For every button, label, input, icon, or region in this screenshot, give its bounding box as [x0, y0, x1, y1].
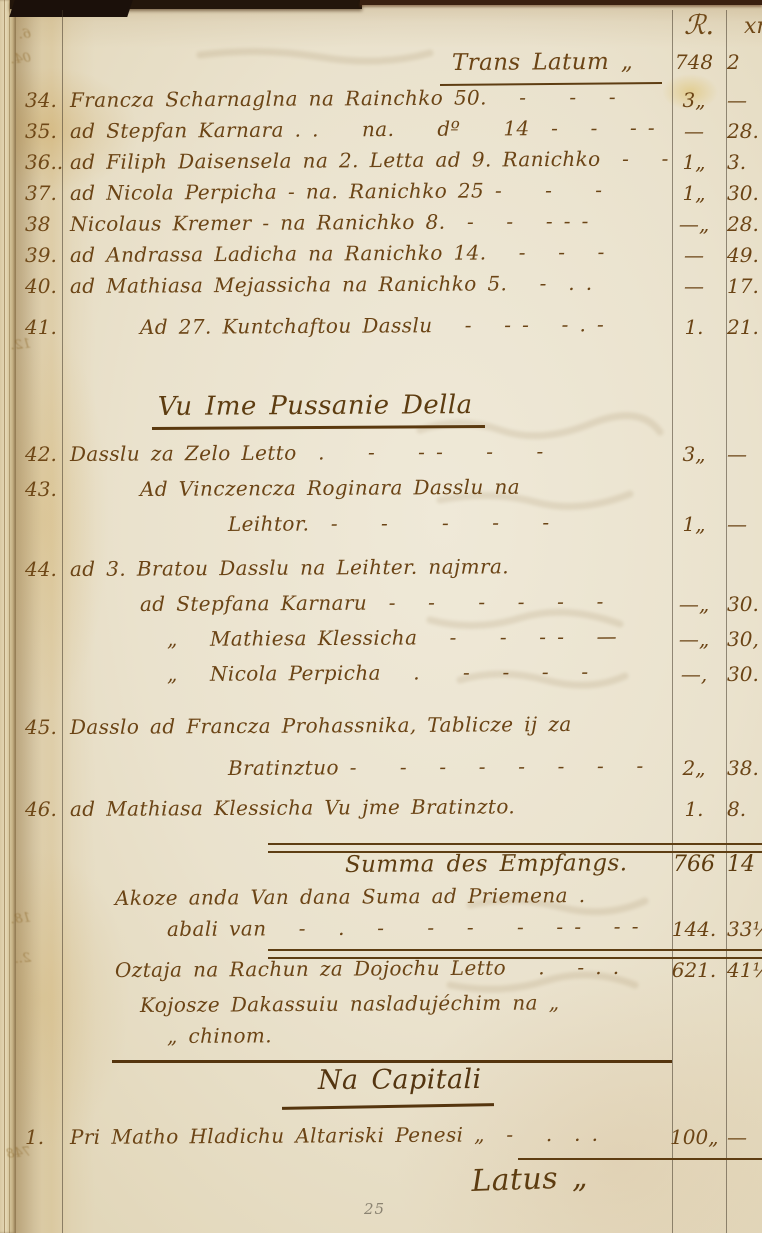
- florin-value: 2„: [670, 756, 718, 780]
- ledger-row: 34.Francza Scharnaglna na Rainchko 50. -…: [0, 88, 762, 119]
- florin-value: —: [670, 243, 718, 267]
- entry-text: Ad Vinczencza Roginara Dasslu na: [140, 475, 520, 501]
- kreuzer-value: 3.: [727, 150, 761, 174]
- entry-text: abali van - . - - - - - - - -: [167, 914, 639, 941]
- entry-number: 37.: [25, 181, 59, 205]
- capital-section-heading: Na Capitali: [0, 1065, 762, 1115]
- ledger-row: ad Stepfana Karnaru - - - - - -—„30.: [0, 592, 762, 623]
- kreuzer-value: 49.: [727, 243, 761, 267]
- entry-text: Na Capitali: [318, 1064, 482, 1096]
- entry-text: Francza Scharnaglna na Rainchko 50. - - …: [70, 85, 616, 112]
- kreuzer-value: —: [727, 1125, 761, 1149]
- kreuzer-value: 30.: [727, 592, 761, 616]
- florin-value: 1.: [670, 797, 718, 821]
- kreuzer-value: 30.: [727, 181, 761, 205]
- ledger-row: 43.Ad Vinczencza Roginara Dasslu na: [0, 477, 762, 508]
- ledger-row: 36..ad Filiph Daisensela na 2. Letta ad …: [0, 150, 762, 181]
- entry-text: Summa des Empfangs.: [345, 850, 628, 878]
- ledger-row: abali van - . - - - - - - - -144.33½: [0, 917, 762, 948]
- florin-value: 144.: [670, 917, 718, 941]
- entry-text: Latus „: [471, 1160, 589, 1199]
- entry-text: ad Filiph Daisensela na 2. Letta ad 9. R…: [70, 146, 669, 174]
- entry-text: „ Mathiesa Klessicha - - - - —: [167, 624, 617, 651]
- entry-text: „ Nicola Perpicha . - - - -: [167, 659, 589, 686]
- entry-number: 1.: [25, 1125, 59, 1149]
- florin-value: 3„: [670, 442, 718, 466]
- entry-text: Pri Matho Hladichu Altariski Penesi „ - …: [70, 1122, 599, 1149]
- kreuzer-value: 30,: [727, 627, 761, 651]
- ledger-row: 42.Dasslu za Zelo Letto . - - - - -3„—: [0, 442, 762, 473]
- florin-value: 621.: [670, 958, 718, 982]
- ledger-entries: Trans Latum „748234.Francza Scharnaglna …: [0, 50, 762, 1216]
- entry-text: ad Nicola Perpicha - na. Ranichko 25 - -…: [70, 178, 603, 205]
- entry-text: ad Mathiasa Klessicha Vu jme Bratinzto.: [70, 794, 515, 821]
- ledger-row: Oztaja na Rachun za Dojochu Letto . - . …: [0, 958, 762, 989]
- florin-value: —: [670, 274, 718, 298]
- ledger-row: 35.ad Stepfan Karnara . . na. dº 14 - - …: [0, 119, 762, 150]
- florin-column-header: ℛ.: [684, 10, 714, 41]
- entry-text: Kojosze Dakassuiu nasladujéchim na „: [140, 990, 560, 1017]
- entry-text: ad Mathiasa Mejassicha na Ranichko 5. - …: [70, 271, 593, 298]
- kreuzer-value: —: [727, 512, 761, 536]
- entry-number: 46.: [25, 797, 59, 821]
- ledger-row: 41.Ad 27. Kuntchaftou Dasslu - - - - . -…: [0, 315, 762, 346]
- sum-total-row: Summa des Empfangs.76614: [0, 852, 762, 886]
- double-ink-rule: [0, 842, 762, 852]
- folio-page-number: 25: [364, 1200, 385, 1218]
- ledger-row: „ Nicola Perpicha . - - - -—,30.: [0, 662, 762, 693]
- amount-column-headers: ℛ. xr: [0, 8, 762, 50]
- ledger-row: „ chinom.: [0, 1024, 762, 1055]
- ledger-row: 1.Pri Matho Hladichu Altariski Penesi „ …: [0, 1125, 762, 1156]
- entry-text: Ad 27. Kuntchaftou Dasslu - - - - . -: [140, 312, 604, 339]
- kreuzer-value: —: [727, 88, 761, 112]
- kreuzer-value: —: [727, 442, 761, 466]
- section-heading: Vu Ime Pussanie Della: [0, 390, 762, 442]
- florin-value: 100„: [670, 1125, 718, 1149]
- binding-top-edge: [360, 0, 762, 5]
- kreuzer-value: 30.: [727, 662, 761, 686]
- florin-value: 1.: [670, 315, 718, 339]
- entry-text: Dasslo ad Francza Prohassnika, Tablicze …: [70, 712, 572, 739]
- entry-number: 40.: [25, 274, 59, 298]
- florin-value: 1„: [670, 181, 718, 205]
- entry-text: Oztaja na Rachun za Dojochu Letto . - . …: [115, 955, 620, 982]
- entry-text: ad Stepfana Karnaru - - - - - -: [140, 589, 604, 616]
- ledger-row: Akoze anda Van dana Suma ad Priemena .: [0, 886, 762, 917]
- florin-value: 3„: [670, 88, 718, 112]
- entry-number: 39.: [25, 243, 59, 267]
- entry-text: Bratinztuo - - - - - - - -: [228, 753, 644, 780]
- entry-text: „ chinom.: [167, 1023, 272, 1048]
- entry-number: 42.: [25, 442, 59, 466]
- entry-number: 34.: [25, 88, 59, 112]
- kreuzer-value: 21.: [727, 315, 761, 339]
- kreuzer-value: 28.: [727, 212, 761, 236]
- ledger-row: 45.Dasslo ad Francza Prohassnika, Tablic…: [0, 715, 762, 746]
- ledger-row: Kojosze Dakassuiu nasladujéchim na „: [0, 993, 762, 1024]
- carry-forward-row: Trans Latum „7482: [0, 50, 762, 88]
- ledger-row: „ Mathiesa Klessicha - - - - ——„30,: [0, 627, 762, 658]
- kreuzer-value: 38.: [727, 756, 761, 780]
- kreuzer-value: 17.: [727, 274, 761, 298]
- entry-number: 44.: [25, 557, 59, 581]
- entry-number: 38: [25, 212, 59, 236]
- florin-value: —„: [670, 592, 718, 616]
- florin-value: 1„: [670, 512, 718, 536]
- entry-text: Dasslu za Zelo Letto . - - - - -: [70, 439, 544, 466]
- ledger-row: Leihtor. - - - - -1„—: [0, 512, 762, 543]
- entry-text: Leihtor. - - - - -: [228, 510, 550, 536]
- entry-text: ad Stepfan Karnara . . na. dº 14 - - - -: [70, 115, 655, 143]
- ledger-row: Bratinztuo - - - - - - - -2„38.: [0, 756, 762, 787]
- entry-text: ad Andrassa Ladicha na Ranichko 14. - - …: [70, 240, 605, 267]
- florin-value: —„: [670, 627, 718, 651]
- entry-text: ad 3. Bratou Dasslu na Leihter. najmra.: [70, 554, 509, 581]
- ledger-row: 46.ad Mathiasa Klessicha Vu jme Bratinzt…: [0, 797, 762, 828]
- kreuzer-column-header: xr: [744, 14, 762, 39]
- entry-text: Akoze anda Van dana Suma ad Priemena .: [115, 883, 586, 910]
- florin-value: —,: [670, 662, 718, 686]
- kreuzer-value: 8.: [727, 797, 761, 821]
- florin-value: —: [670, 119, 718, 143]
- ledger-row: 39.ad Andrassa Ladicha na Ranichko 14. -…: [0, 243, 762, 274]
- florin-value: 766: [670, 852, 718, 877]
- entry-number: 43.: [25, 477, 59, 501]
- entry-text: Vu Ime Pussanie Della: [152, 390, 485, 430]
- kreuzer-value: 41½: [727, 958, 761, 982]
- kreuzer-value: 33½: [727, 917, 761, 941]
- entry-number: 41.: [25, 315, 59, 339]
- florin-value: 748: [670, 50, 718, 74]
- entry-text: Trans Latum „: [452, 49, 633, 76]
- ledger-row: 37.ad Nicola Perpicha - na. Ranichko 25 …: [0, 181, 762, 212]
- entry-text: Nicolaus Kremer - na Ranichko 8. - - - -…: [70, 209, 589, 236]
- ledger-row: 40.ad Mathiasa Mejassicha na Ranichko 5.…: [0, 274, 762, 305]
- entry-number: 35.: [25, 119, 59, 143]
- kreuzer-value: 2: [727, 50, 761, 74]
- entry-number: 36..: [25, 150, 59, 174]
- manuscript-page: 6. 04. 12. 18. 2.. 748 ℛ. xr Trans Latum…: [0, 0, 762, 1233]
- florin-value: 1„: [670, 150, 718, 174]
- entry-number: 45.: [25, 715, 59, 739]
- kreuzer-value: 14: [727, 852, 761, 877]
- ledger-row: 38Nicolaus Kremer - na Ranichko 8. - - -…: [0, 212, 762, 243]
- ink-rule-bar: [112, 1060, 672, 1063]
- kreuzer-value: 28.: [727, 119, 761, 143]
- florin-value: —„: [670, 212, 718, 236]
- ledger-row: 44.ad 3. Bratou Dasslu na Leihter. najmr…: [0, 557, 762, 588]
